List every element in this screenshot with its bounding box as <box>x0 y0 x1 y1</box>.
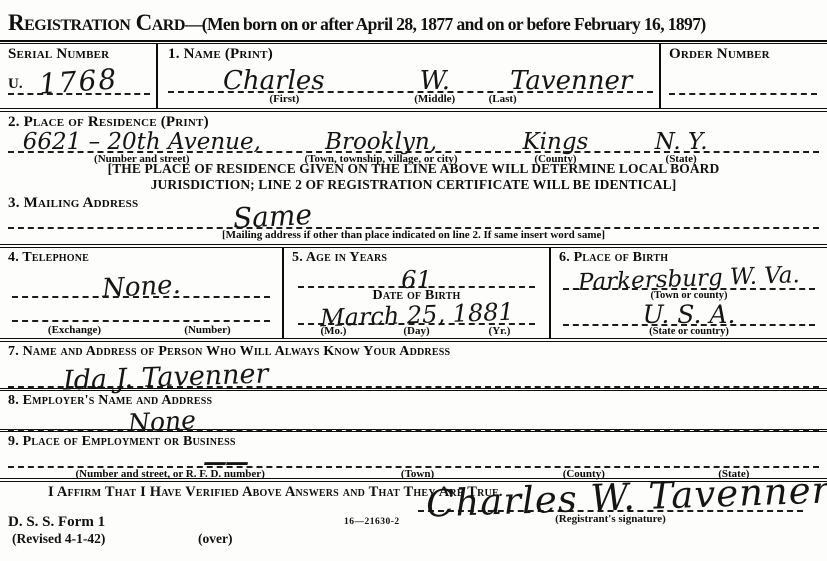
age-line: 61 <box>298 266 535 288</box>
mailing-address-sublabel: [Mailing address if other than place ind… <box>8 229 819 244</box>
residence-state-value: N. Y. <box>624 131 738 154</box>
residence-line: 6621 – 20th Avenue, Brooklyn, Kings N. Y… <box>8 131 819 153</box>
contact-person-value: Ida J. Tavenner <box>63 360 269 394</box>
residence-street-value: 6621 – 20th Avenue, <box>8 131 276 154</box>
order-number-section: Order Number <box>659 44 827 108</box>
first-name-value: Charles <box>223 68 325 94</box>
card-title: Registration Card <box>8 10 185 35</box>
serial-number-section: Serial Number U. 1768 <box>0 44 158 108</box>
number-label: (Number) <box>141 324 274 336</box>
birthplace-section: 6. Place of Birth Parkersburg W. Va. (To… <box>549 248 827 338</box>
row-serial-name-order: Serial Number U. 1768 1. Name (Print) Ch… <box>0 44 827 108</box>
middle-name-value: W. <box>420 68 450 94</box>
residence-town-value: Brooklyn, <box>276 131 487 154</box>
mailing-address-section: 3. Mailing Address Same [Mailing address… <box>0 194 827 244</box>
print-code: 16—21630-2 <box>344 517 400 527</box>
employer-line: None <box>8 409 819 431</box>
employer-section: 8. Employer's Name and Address None <box>0 391 827 429</box>
order-number-value <box>669 85 817 95</box>
employer-label: 8. Employer's Name and Address <box>8 393 819 409</box>
exchange-label: (Exchange) <box>8 324 141 336</box>
contact-person-label: 7. Name and Address of Person Who Will A… <box>8 344 819 360</box>
last-label: (Last) <box>469 93 537 108</box>
birthplace-country-value: U. S. A. <box>643 300 736 329</box>
contact-person-section: 7. Name and Address of Person Who Will A… <box>0 342 827 388</box>
mailing-address-line: 3. Mailing Address Same <box>8 195 819 229</box>
jurisdiction-notice: [THE PLACE OF RESIDENCE GIVEN ON THE LIN… <box>0 160 827 194</box>
form-number: D. S. S. Form 1 <box>8 514 105 531</box>
telephone-value: None. <box>101 272 181 302</box>
jurisdiction-notice-line1: [THE PLACE OF RESIDENCE GIVEN ON THE LIN… <box>0 161 827 177</box>
card-footer: D. S. S. Form 1 (Revised 4-1-42) (over) … <box>0 501 827 561</box>
serial-prefix: U. <box>8 76 23 93</box>
card-subtitle: —(Men born on or after April 28, 1877 an… <box>185 14 706 34</box>
first-label: (First) <box>168 93 401 108</box>
age-value: 61 <box>401 266 432 294</box>
telephone-section: 4. Telephone None. (Exchange) (Number) <box>0 248 284 338</box>
signature-block: Charles W. Tavenner (Registrant's signat… <box>418 479 803 525</box>
birthplace-town-line: Parkersburg W. Va. <box>563 266 815 290</box>
employer-value: None <box>127 407 196 436</box>
registration-card: Registration Card—(Men born on or after … <box>0 0 827 561</box>
date-of-birth-line: March 25, 1881 <box>298 303 535 325</box>
serial-number-value: 1768 <box>38 65 119 98</box>
name-line: Charles W. Tavenner <box>168 68 653 93</box>
middle-label: (Middle) <box>401 93 469 108</box>
mailing-address-label: 3. Mailing Address <box>8 195 138 212</box>
card-header: Registration Card—(Men born on or after … <box>0 0 827 40</box>
employment-street-label: (Number and street, or R. F. D. number) <box>8 468 332 480</box>
last-name-value: Tavenner <box>510 68 632 94</box>
over-note: (over) <box>198 531 232 547</box>
birthplace-country-line: U. S. A. <box>563 303 815 326</box>
jurisdiction-notice-line2: JURISDICTION; LINE 2 OF REGISTRATION CER… <box>0 177 827 193</box>
residence-county-value: Kings <box>486 131 624 154</box>
employment-place-section: 9. Place of Employment or Business —— (N… <box>0 432 827 478</box>
name-sublabels: (First) (Middle) (Last) <box>168 93 653 108</box>
telephone-line: None. <box>12 266 270 298</box>
telephone-age-birth-section: 4. Telephone None. (Exchange) (Number) 5… <box>0 248 827 338</box>
age-section: 5. Age in Years 61 Date of Birth March 2… <box>284 248 549 338</box>
telephone-sublabels: (Exchange) (Number) <box>8 322 274 338</box>
age-label: 5. Age in Years <box>292 250 541 266</box>
date-of-birth-value: March 25, 1881 <box>319 300 513 331</box>
serial-number-label: Serial Number <box>8 46 150 63</box>
mailing-address-value: Same <box>233 201 313 233</box>
employment-place-line: —— <box>8 450 819 468</box>
telephone-label: 4. Telephone <box>8 250 274 266</box>
contact-person-line: Ida J. Tavenner <box>8 364 819 388</box>
name-section: 1. Name (Print) Charles W. Tavenner (Fir… <box>158 44 659 108</box>
name-label: 1. Name (Print) <box>168 46 653 63</box>
residence-section: 2. Place of Residence (Print) 6621 – 20t… <box>0 112 827 160</box>
serial-number-line: U. 1768 <box>8 68 150 95</box>
form-revision: (Revised 4-1-42) <box>12 531 105 547</box>
order-number-label: Order Number <box>669 46 817 63</box>
